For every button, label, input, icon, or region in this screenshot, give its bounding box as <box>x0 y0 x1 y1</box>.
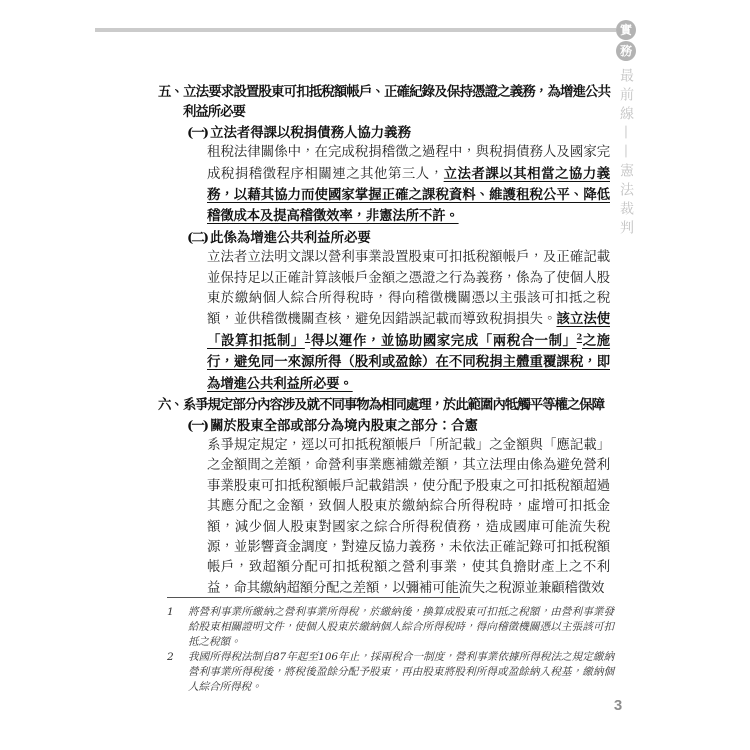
heading-text: 立法者得課以稅捐債務人協力義務 <box>210 125 411 141</box>
heading-text: 立法要求設置股東可扣抵稅額帳戶、正確紀錄及保持憑證之義務，為增進公共利益所必要 <box>183 84 610 120</box>
subsection-heading: (一)關於股東全部或部分為境內股東之部分：合憲 <box>187 416 610 436</box>
footnote-text: 將營利事業所繳納之營利事業所得稅，於繳納後，換算成股東可扣抵之稅額，由營利事業發… <box>188 605 614 650</box>
heading-marker: (二) <box>187 230 207 246</box>
heading-text: 此係為增進公共利益所必要 <box>210 230 371 246</box>
section-heading: 六、系爭規定部分內容涉及就不同事物為相同處理，於此範圍內牴觸平等權之保障 <box>158 395 610 415</box>
paragraph: 立法者立法明文課以營利事業設置股東可扣抵稅額帳戶，及正確記載並保持足以正確計算該… <box>207 248 610 395</box>
footnotes-list: 1將營利事業所繳納之營利事業所得稅，於繳納後，換算成股東可扣抵之稅額，由營利事業… <box>167 605 614 695</box>
footnote-text: 我國所得稅法制自87年起至106年止，採兩稅合一制度，營利事業依據所得稅法之規定… <box>188 650 614 695</box>
footnote-item: 2我國所得稅法制自87年起至106年止，採兩稅合一制度，營利事業依據所得稅法之規… <box>167 650 614 695</box>
footnote-number: 1 <box>167 605 188 650</box>
page-number: 3 <box>605 697 631 714</box>
chapter-badge: 務 <box>616 41 636 61</box>
sidebar-badges: 實務 <box>615 20 637 62</box>
text-segment: 得以運作，並協助國家完成「兩稅合一制」 <box>310 333 576 349</box>
footnote-item: 1將營利事業所繳納之營利事業所得稅，於繳納後，換算成股東可扣抵之稅額，由營利事業… <box>167 605 614 650</box>
footnote-separator <box>167 597 460 598</box>
heading-text: 系爭規定部分內容涉及就不同事物為相同處理，於此範圍內牴觸平等權之保障 <box>183 397 604 413</box>
heading-marker: (一) <box>187 418 207 434</box>
footnote-number: 2 <box>167 650 188 695</box>
heading-marker: 六、 <box>158 397 183 413</box>
subsection-heading: (一)立法者得課以稅捐債務人協力義務 <box>187 123 610 143</box>
text-segment: 系爭規定規定，逕以可扣抵稅額帳戶「所記載」之金額與「應記載」之金額間之差額，命營… <box>207 438 610 596</box>
sidebar-title: 最前線——憲法裁判 <box>616 68 636 268</box>
paragraph: 租稅法律關係中，在完成稅捐稽徵之過程中，與稅捐債務人及國家完成稅捐稽徵程序相關連… <box>207 143 610 228</box>
chapter-badge: 實 <box>616 20 636 40</box>
subsection-heading: (二)此係為增進公共利益所必要 <box>187 228 610 248</box>
paragraph: 系爭規定規定，逕以可扣抵稅額帳戶「所記載」之金額與「應記載」之金額間之差額，命營… <box>207 436 610 599</box>
heading-text: 關於股東全部或部分為境內股東之部分：合憲 <box>210 418 478 434</box>
heading-marker: 五、 <box>158 84 183 100</box>
text-segment: 立法者立法明文課以營利事業設置股東可扣抵稅額帳戶，及正確記載並保持足以正確計算該… <box>207 250 610 327</box>
top-rule <box>95 28 616 32</box>
document-blocks: 五、立法要求設置股東可扣抵稅額帳戶、正確紀錄及保持憑證之義務，為增進公共利益所必… <box>158 82 610 599</box>
section-heading: 五、立法要求設置股東可扣抵稅額帳戶、正確紀錄及保持憑證之義務，為增進公共利益所必… <box>158 82 610 123</box>
heading-marker: (一) <box>187 125 207 141</box>
